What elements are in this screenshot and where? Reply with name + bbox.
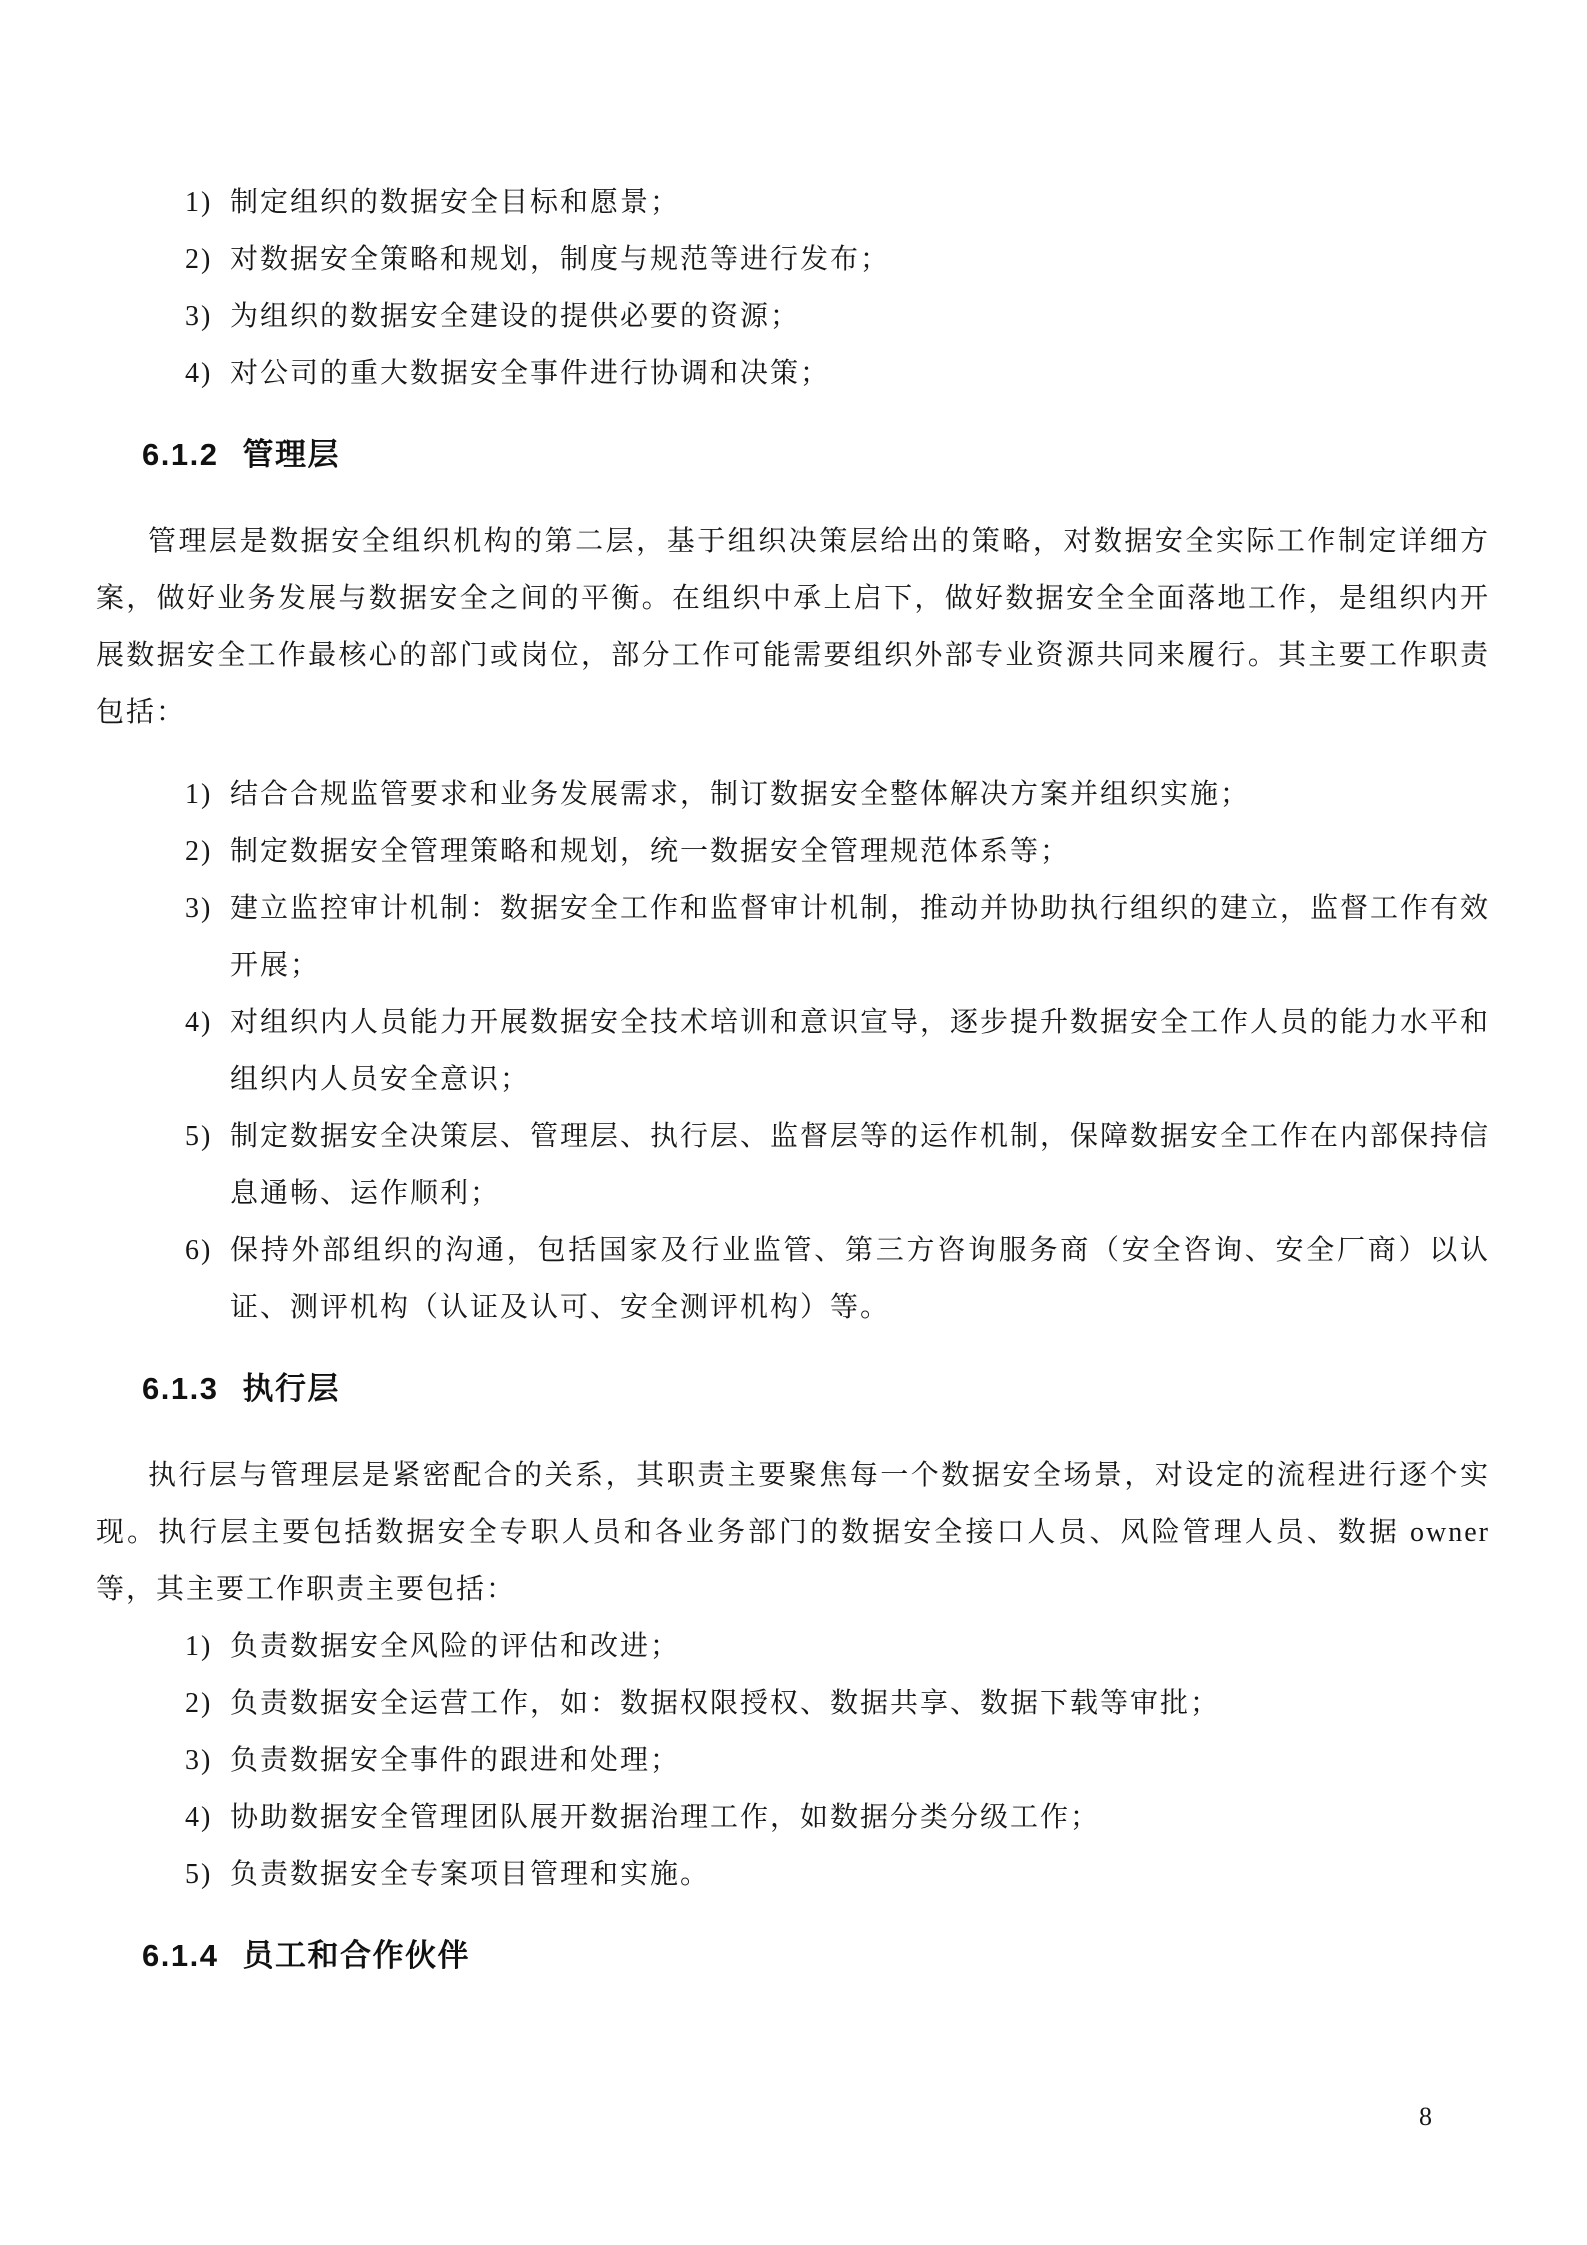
section-title: 管理层 bbox=[242, 426, 340, 483]
section-title: 执行层 bbox=[242, 1360, 340, 1417]
section-heading-614: 6.1.4 员工和合作伙伴 bbox=[142, 1927, 1490, 1984]
section-612-paragraph: 管理层是数据安全组织机构的第二层，基于组织决策层给出的策略，对数据安全实际工作制… bbox=[96, 513, 1490, 741]
list-item-number: 5) bbox=[185, 1846, 230, 1903]
section-heading-612: 6.1.2 管理层 bbox=[142, 426, 1490, 483]
section-613-paragraph: 执行层与管理层是紧密配合的关系，其职责主要聚焦每一个数据安全场景，对设定的流程进… bbox=[96, 1447, 1490, 1618]
document-page: 1) 制定组织的数据安全目标和愿景； 2) 对数据安全策略和规划，制度与规范等进… bbox=[0, 0, 1587, 2245]
list-item: 5) 制定数据安全决策层、管理层、执行层、监督层等的运作机制，保障数据安全工作在… bbox=[96, 1108, 1490, 1222]
list-item-number: 2) bbox=[185, 231, 230, 288]
list-item-number: 2) bbox=[185, 823, 230, 880]
section-title: 员工和合作伙伴 bbox=[242, 1927, 470, 1984]
section-613-duties-list: 1) 负责数据安全风险的评估和改进； 2) 负责数据安全运营工作，如：数据权限授… bbox=[96, 1618, 1490, 1903]
list-item-text: 负责数据安全专案项目管理和实施。 bbox=[230, 1846, 1490, 1903]
list-item-text: 保持外部组织的沟通，包括国家及行业监管、第三方咨询服务商（安全咨询、安全厂商）以… bbox=[230, 1222, 1490, 1336]
list-item: 3) 建立监控审计机制：数据安全工作和监督审计机制，推动并协助执行组织的建立，监… bbox=[96, 880, 1490, 994]
section-number: 6.1.4 bbox=[142, 1927, 218, 1984]
list-item-text: 对数据安全策略和规划，制度与规范等进行发布； bbox=[230, 231, 1490, 288]
list-item-text: 负责数据安全运营工作，如：数据权限授权、数据共享、数据下载等审批； bbox=[230, 1675, 1490, 1732]
section-612-duties-list: 1) 结合合规监管要求和业务发展需求，制订数据安全整体解决方案并组织实施； 2)… bbox=[96, 766, 1490, 1336]
list-item-number: 3) bbox=[185, 288, 230, 345]
list-item-number: 3) bbox=[185, 880, 230, 937]
list-item: 4) 协助数据安全管理团队展开数据治理工作，如数据分类分级工作； bbox=[96, 1789, 1490, 1846]
section-number: 6.1.3 bbox=[142, 1360, 218, 1417]
list-item: 2) 制定数据安全管理策略和规划，统一数据安全管理规范体系等； bbox=[96, 823, 1490, 880]
list-item-number: 6) bbox=[185, 1222, 230, 1279]
list-item-number: 1) bbox=[185, 1618, 230, 1675]
list-item-number: 1) bbox=[185, 766, 230, 823]
list-item: 3) 为组织的数据安全建设的提供必要的资源； bbox=[96, 288, 1490, 345]
intro-duties-list: 1) 制定组织的数据安全目标和愿景； 2) 对数据安全策略和规划，制度与规范等进… bbox=[96, 174, 1490, 402]
list-item: 1) 结合合规监管要求和业务发展需求，制订数据安全整体解决方案并组织实施； bbox=[96, 766, 1490, 823]
list-item: 6) 保持外部组织的沟通，包括国家及行业监管、第三方咨询服务商（安全咨询、安全厂… bbox=[96, 1222, 1490, 1336]
list-item-number: 3) bbox=[185, 1732, 230, 1789]
section-number: 6.1.2 bbox=[142, 426, 218, 483]
list-item-number: 4) bbox=[185, 994, 230, 1051]
list-item-text: 建立监控审计机制：数据安全工作和监督审计机制，推动并协助执行组织的建立，监督工作… bbox=[230, 880, 1490, 994]
list-item-text: 为组织的数据安全建设的提供必要的资源； bbox=[230, 288, 1490, 345]
list-item-text: 制定数据安全决策层、管理层、执行层、监督层等的运作机制，保障数据安全工作在内部保… bbox=[230, 1108, 1490, 1222]
list-item: 2) 负责数据安全运营工作，如：数据权限授权、数据共享、数据下载等审批； bbox=[96, 1675, 1490, 1732]
page-number: 8 bbox=[1419, 2088, 1432, 2145]
list-item: 3) 负责数据安全事件的跟进和处理； bbox=[96, 1732, 1490, 1789]
list-item: 2) 对数据安全策略和规划，制度与规范等进行发布； bbox=[96, 231, 1490, 288]
list-item: 1) 制定组织的数据安全目标和愿景； bbox=[96, 174, 1490, 231]
list-item-number: 1) bbox=[185, 174, 230, 231]
list-item-text: 负责数据安全事件的跟进和处理； bbox=[230, 1732, 1490, 1789]
list-item-text: 制定组织的数据安全目标和愿景； bbox=[230, 174, 1490, 231]
list-item-text: 结合合规监管要求和业务发展需求，制订数据安全整体解决方案并组织实施； bbox=[230, 766, 1490, 823]
list-item: 4) 对组织内人员能力开展数据安全技术培训和意识宣导，逐步提升数据安全工作人员的… bbox=[96, 994, 1490, 1108]
list-item-text: 协助数据安全管理团队展开数据治理工作，如数据分类分级工作； bbox=[230, 1789, 1490, 1846]
list-item-number: 2) bbox=[185, 1675, 230, 1732]
list-item-text: 负责数据安全风险的评估和改进； bbox=[230, 1618, 1490, 1675]
list-item-number: 4) bbox=[185, 1789, 230, 1846]
list-item-text: 制定数据安全管理策略和规划，统一数据安全管理规范体系等； bbox=[230, 823, 1490, 880]
list-item-text: 对组织内人员能力开展数据安全技术培训和意识宣导，逐步提升数据安全工作人员的能力水… bbox=[230, 994, 1490, 1108]
list-item-number: 4) bbox=[185, 345, 230, 402]
section-heading-613: 6.1.3 执行层 bbox=[142, 1360, 1490, 1417]
list-item: 4) 对公司的重大数据安全事件进行协调和决策； bbox=[96, 345, 1490, 402]
list-item: 1) 负责数据安全风险的评估和改进； bbox=[96, 1618, 1490, 1675]
list-item-number: 5) bbox=[185, 1108, 230, 1165]
list-item: 5) 负责数据安全专案项目管理和实施。 bbox=[96, 1846, 1490, 1903]
list-item-text: 对公司的重大数据安全事件进行协调和决策； bbox=[230, 345, 1490, 402]
